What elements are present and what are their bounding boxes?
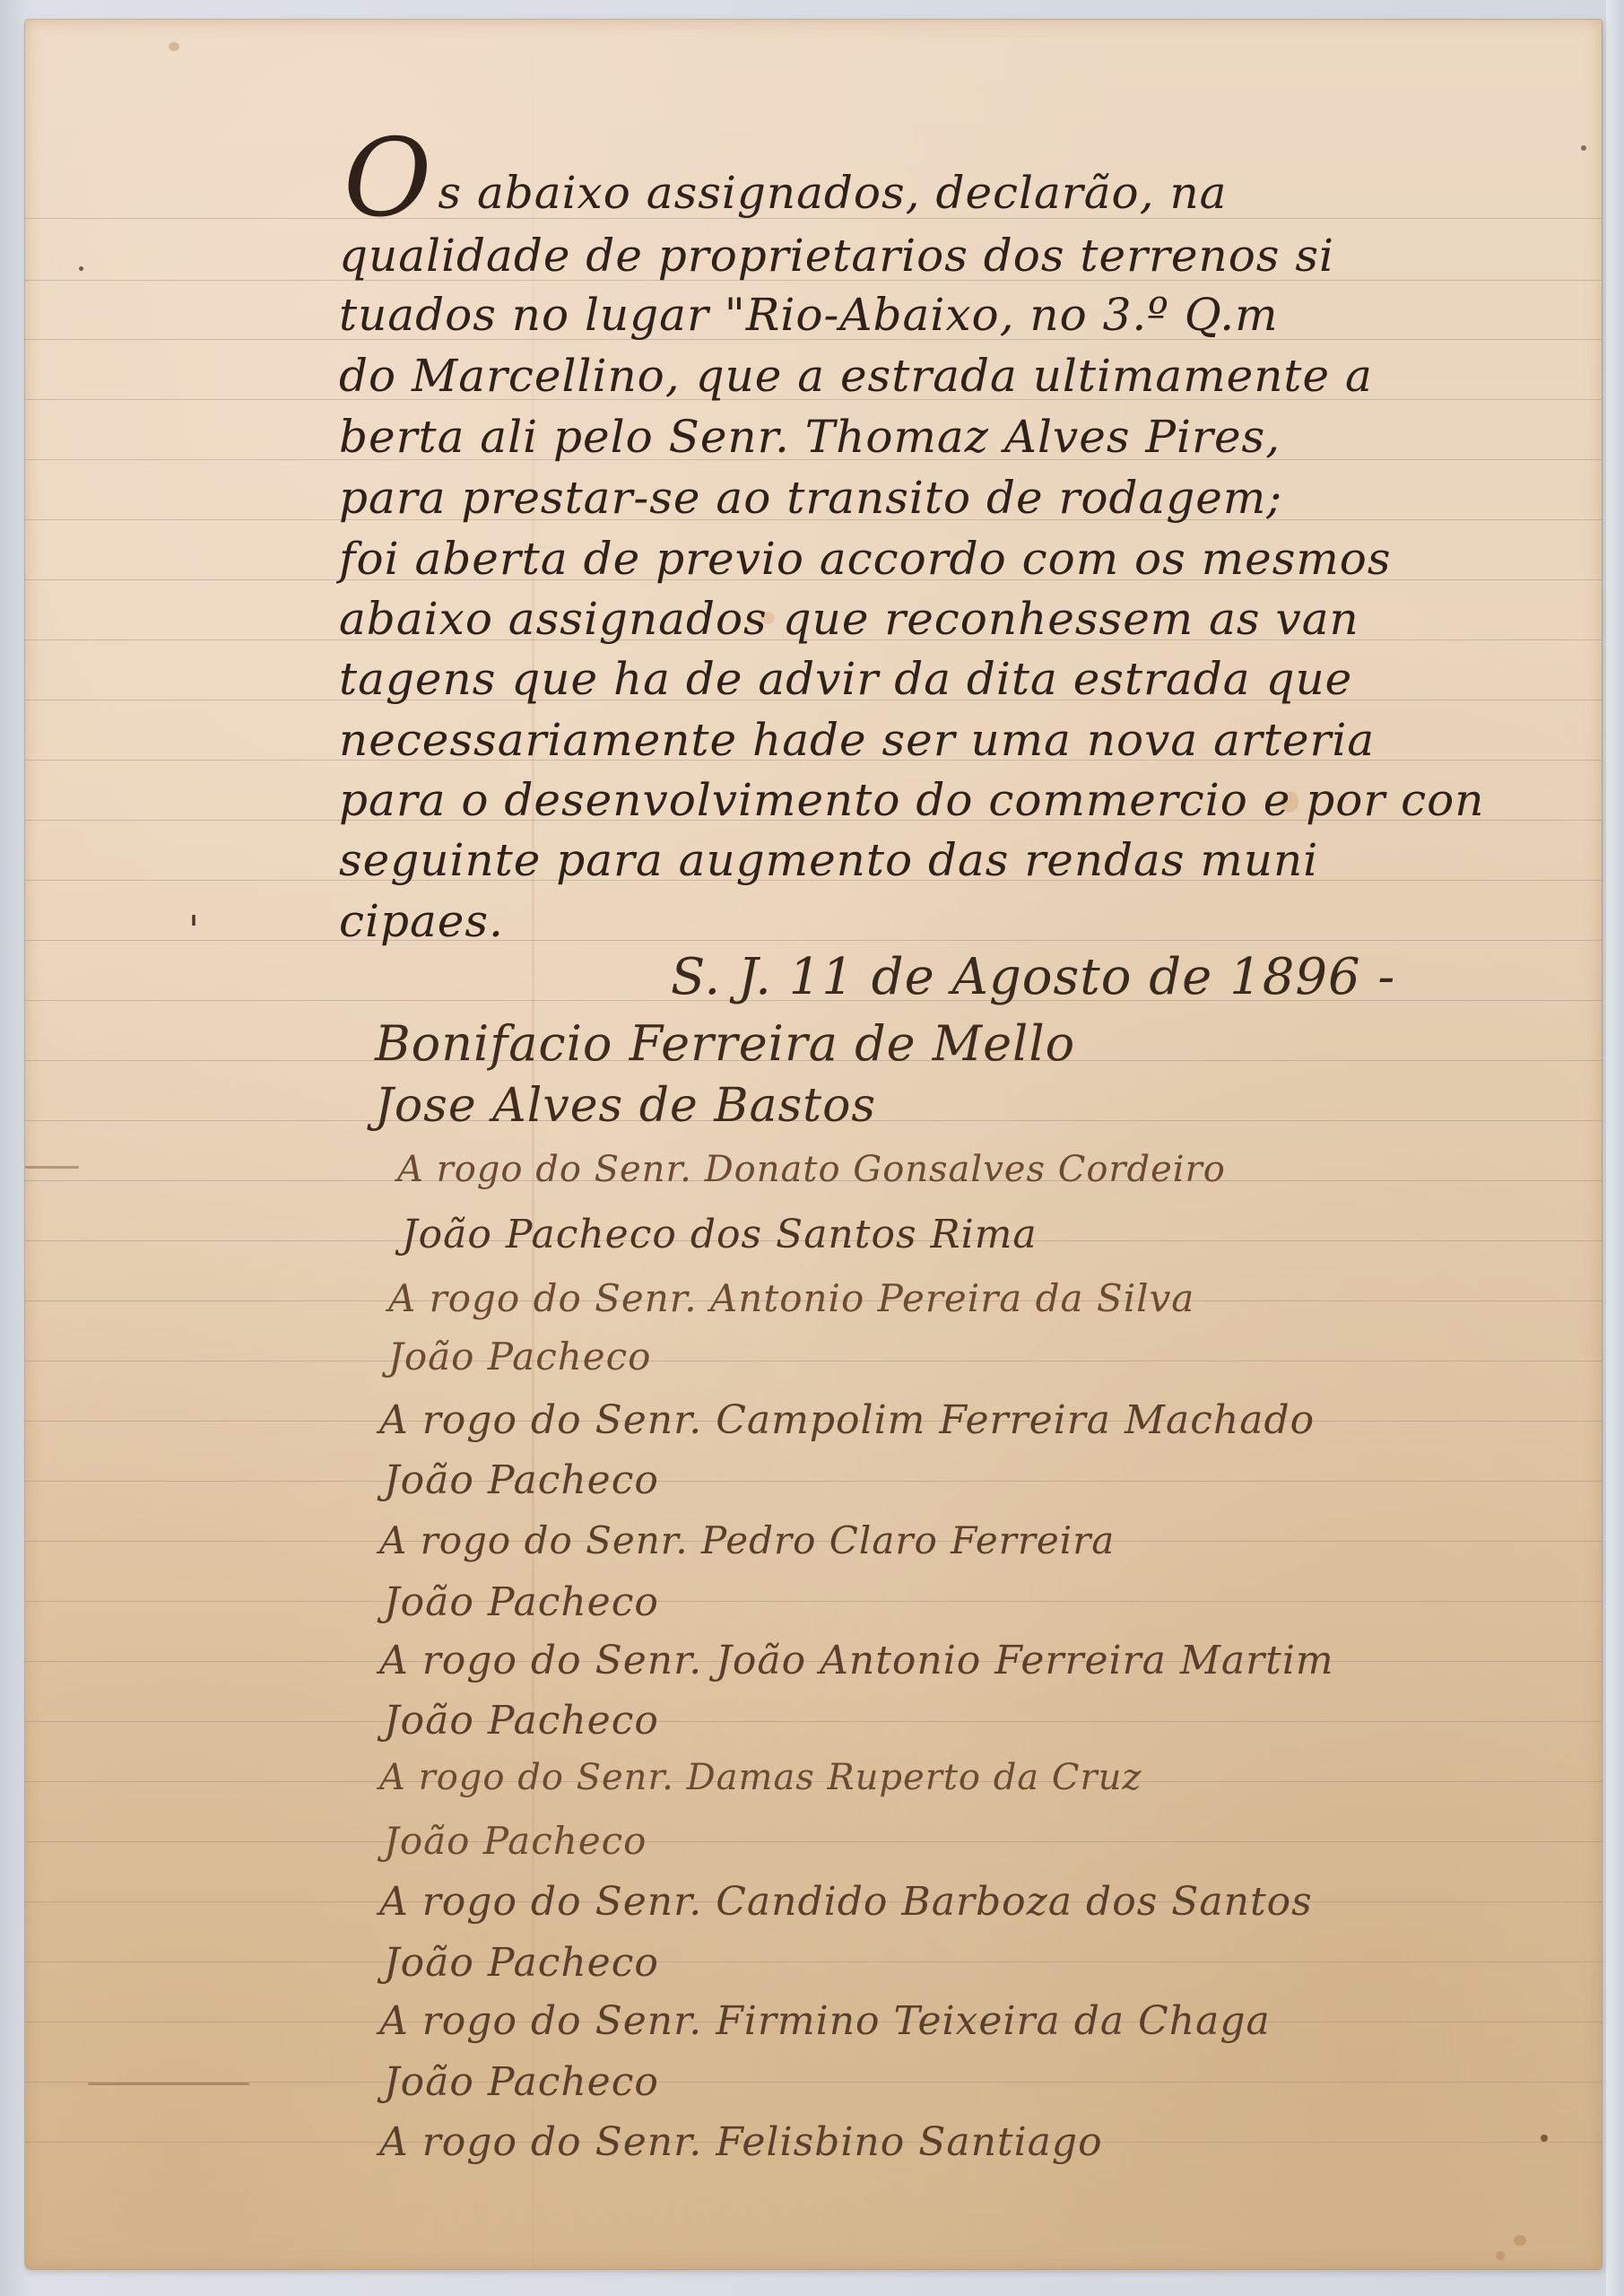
margin-dash-mark xyxy=(25,1166,79,1169)
body-line-1: Os abaixo assignados, declarão, na xyxy=(343,136,1227,222)
foxing-stain xyxy=(1496,2251,1505,2260)
signature-line: A rogo do Senr. Firmino Teixeira da Chag… xyxy=(379,2002,1271,2041)
date-line: S. J. 11 de Agosto de 1896 - xyxy=(671,952,1395,1003)
signature-line: João Pacheco xyxy=(384,1461,659,1500)
dropcap-letter: O xyxy=(343,136,432,222)
ruled-line xyxy=(25,1841,1602,1842)
ruled-line xyxy=(25,1601,1602,1602)
foxing-stain xyxy=(169,42,179,51)
body-line-6: para prestar-se ao transito de rodagem; xyxy=(339,475,1282,520)
body-line-12: seguinte para augmento das rendas muni xyxy=(339,838,1318,883)
body-line-2: qualidade de proprietarios dos terrenos … xyxy=(339,233,1334,278)
foxing-stain xyxy=(1581,145,1586,151)
manuscript-page: ' Os abaixo assignados, declarão, na qua… xyxy=(25,20,1602,2269)
body-line-9: tagens que ha de advir da dita estrada q… xyxy=(339,657,1352,701)
ruled-line xyxy=(25,1961,1602,1962)
foxing-stain xyxy=(1514,2235,1526,2246)
body-line-text: s abaixo assignados, declarão, na xyxy=(438,167,1227,219)
signature-line: A rogo do Senr. Campolim Ferreira Machad… xyxy=(379,1401,1315,1440)
ruled-line xyxy=(25,1481,1602,1482)
signature-line: A rogo do Senr. Donato Gonsalves Cordeir… xyxy=(397,1152,1226,1187)
signature-line: A rogo do Senr. Felisbino Santiago xyxy=(379,2123,1103,2162)
signature-line: A rogo do Senr. Damas Ruperto da Cruz xyxy=(379,1760,1142,1796)
signature-line: A rogo do Senr. Antonio Pereira da Silva xyxy=(388,1280,1194,1318)
signature-line: João Pacheco xyxy=(388,1338,651,1376)
body-line-3: tuados no lugar "Rio-Abaixo, no 3.º Q.m xyxy=(339,292,1279,337)
body-line-4: do Marcellino, que a estrada ultimamente… xyxy=(339,353,1373,398)
foxing-stain xyxy=(79,266,83,271)
body-line-8: abaixo assignados que reconhessem as van xyxy=(339,596,1359,641)
body-line-11: para o desenvolvimento do commercio e po… xyxy=(339,778,1484,822)
signature-line: João Pacheco xyxy=(384,2063,659,2102)
signature-line: Bonifacio Ferreira de Mello xyxy=(375,1020,1075,1068)
signature-line: João Pacheco xyxy=(384,1944,659,1983)
margin-tick-mark: ' xyxy=(188,908,199,953)
signature-line: A rogo do Senr. Candido Barboza dos Sant… xyxy=(379,1883,1313,1922)
signature-line: Jose Alves de Bastos xyxy=(375,1083,876,1129)
body-line-10: necessariamente hade ser uma nova arteri… xyxy=(339,717,1375,762)
ruled-line xyxy=(25,1721,1602,1722)
ruled-line xyxy=(25,1361,1602,1361)
signature-line: A rogo do Senr. João Antonio Ferreira Ma… xyxy=(379,1641,1334,1681)
body-line-5: berta ali pelo Senr. Thomaz Alves Pires, xyxy=(339,414,1281,459)
signature-line: João Pacheco xyxy=(384,1701,659,1741)
margin-dash-mark xyxy=(88,2083,249,2085)
signature-line: A rogo do Senr. Pedro Claro Ferreira xyxy=(379,1522,1115,1560)
signature-line: João Pacheco xyxy=(384,1822,647,1860)
signature-line: João Pacheco xyxy=(384,1583,659,1622)
ruled-line xyxy=(25,940,1602,941)
body-line-13: cipaes. xyxy=(339,899,504,944)
photo-backdrop-edge xyxy=(1606,0,1624,2296)
ruled-line xyxy=(25,2082,1602,2083)
foxing-stain xyxy=(1541,2135,1548,2142)
signature-line: João Pacheco dos Santos Rima xyxy=(402,1215,1038,1255)
body-line-7: foi aberta de previo accordo com os mesm… xyxy=(339,536,1392,581)
